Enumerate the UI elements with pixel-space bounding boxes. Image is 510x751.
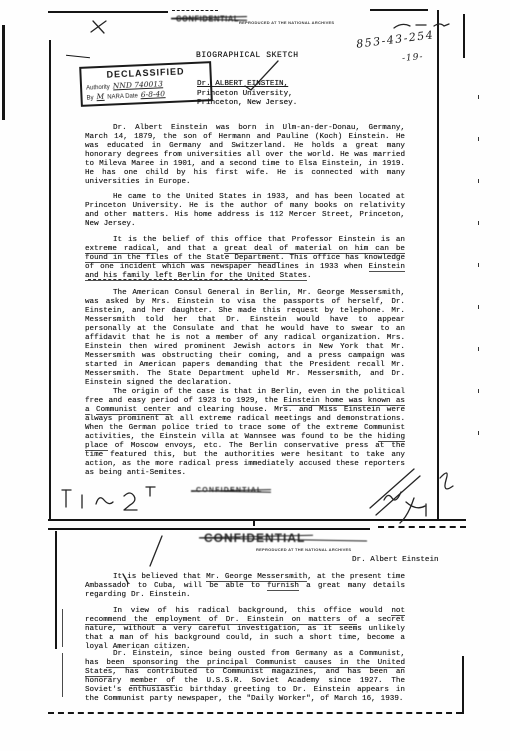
page1-top-border-left [48,11,168,13]
addressee-city: Princeton, New Jersey. [197,99,297,109]
bottom-left-scribbles [58,484,192,522]
page1-left-border [49,40,51,521]
diagonal-date-stamp-scribble [362,456,482,530]
addressee-institution: Princeton University, [197,90,297,100]
text-segment: He came to the United States in 1933, an… [85,193,405,228]
addressee-block: Dr. ALBERT EINSTEIN, Princeton Universit… [197,80,297,109]
addressee-name: Dr. ALBERT EINSTEIN, [197,80,297,90]
text-segment: It is the belief of this office that Pro… [113,236,405,244]
confidential-stamp-page2: CONFIDENTIAL [204,531,305,545]
paragraph-consul: The American Consul General in Berlin, M… [85,289,405,388]
text-segment: , and that a [156,245,225,253]
reproduced-note-page2: REPRODUCED AT THE NATIONAL ARCHIVES [256,547,351,552]
authority-value: NND 740013 [113,80,163,90]
page2-bottom-border [48,712,462,714]
confidential-stamp-top: CONFIDENTIAL [176,14,239,24]
text-segment: It is believed that [113,573,206,581]
paragraph-recommendation: In view of his radical background, this … [85,607,405,652]
page1-top-border-right [370,9,428,11]
margin-pencil-line-1 [62,609,63,647]
nara-date-label: NARA Date [107,93,138,100]
page2-right-border [462,656,464,714]
scan-edge-artifact [2,25,5,120]
page1-right-margin-dots [478,95,479,470]
page2-top-border [48,528,370,530]
underlined-phrase: member of [130,677,175,686]
underlined-phrase: extreme radical [85,245,156,254]
paragraph-communist: Dr. Einstein, since being ousted from Ge… [85,650,405,704]
page1-bottom-tick [253,521,255,526]
paragraph-messersmith: It is believed that Mr. George Messersmi… [85,573,405,600]
by-label: By [86,95,93,101]
paragraph-birth: Dr. Albert Einstein was born in Ulm-an-d… [85,124,405,187]
declassified-stamp: DECLASSIFIED Authority NND 740013 By M N… [79,61,213,107]
text-segment: of Moscow envoys, etc. The Berlin conser… [85,442,405,477]
handwritten-page-number: -19- [402,52,424,64]
authority-label: Authority [86,84,110,91]
page1-right-border [437,10,439,521]
paragraph-belief: It is the belief of this office that Pro… [85,236,405,281]
handwritten-x-mark [88,18,110,36]
document-scan: CONFIDENTIAL REPRODUCED AT THE NATIONAL … [0,0,510,751]
underlined-phrase: Mr. George Messersmith [206,573,307,582]
scan-stray-mark [66,55,90,59]
by-value: M [96,93,104,101]
text-segment: Dr. Albert Einstein was born in Ulm-an-d… [85,124,405,186]
text-segment: In view of his radical background, this … [113,607,391,615]
confidential-stamp-bottom: CONFIDENTIAL [196,487,263,494]
paragraph-usa: He came to the United States in 1933, an… [85,193,405,229]
nara-date-value: 6-8-40 [141,90,165,99]
text-segment: . [307,272,312,280]
paragraph-origin: The origin of the case is that in Berlin… [85,388,405,478]
underlined-phrase: Communist center [96,406,171,415]
margin-pencil-line-2 [62,653,63,697]
page2-left-border [55,531,57,649]
underlined-phrase: furnish [267,582,299,591]
page2-header-name: Dr. Albert Einstein [352,556,439,564]
page1-top-border-dashes [172,10,218,11]
pen-dash-marks [88,279,268,280]
reproduced-note: REPRODUCED AT THE NATIONAL ARCHIVES [239,20,334,25]
page2-top-border-dashes [378,526,466,528]
text-segment: The American Consul General in Berlin, M… [85,289,405,387]
